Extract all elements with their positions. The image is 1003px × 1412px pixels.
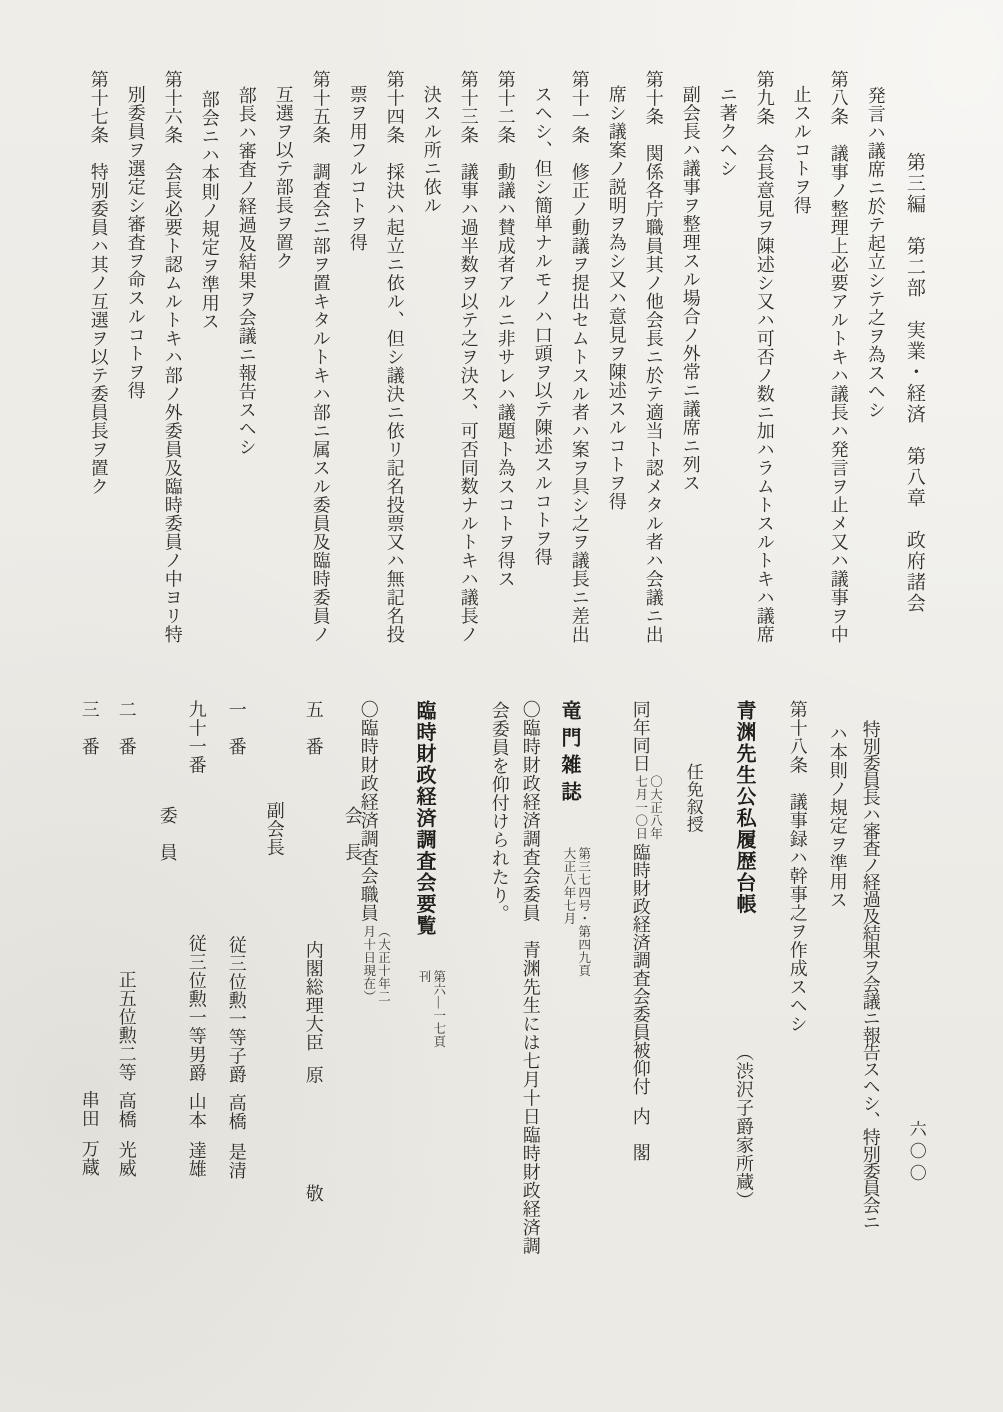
spacer: [126, 756, 127, 971]
spacer: [236, 756, 237, 936]
regulation-line: 第十条 関係各庁職員其ノ他会長ニ於テ適当ト認メタル者ハ会議ニ出: [643, 70, 663, 644]
regulation-line: 第十四条 採決ハ起立ニ依ル、但シ議決ニ依リ記名投票又ハ無記名投: [384, 70, 404, 644]
staff-entry: 五 番内閣総理大臣原敬: [303, 700, 323, 1203]
section-heading: 任免叙授: [683, 763, 702, 833]
staff-entry: 九十一番従三位勲一等男爵山本達雄: [186, 700, 206, 1178]
spacer: [424, 937, 425, 967]
member-surname: 串田: [80, 1091, 100, 1128]
regulation-line: 発言ハ議席ニ於テ起立シテ之ヲ為スヘシ: [865, 86, 885, 419]
staff-entry: 一 番従三位勲一等子爵高橋是清: [226, 700, 246, 1180]
note-line: 第三七四号・第四九頁: [576, 847, 591, 977]
report-title-line: 臨時財政経済調査会要覧第六―一七頁刊: [413, 700, 446, 1051]
regulation-line: 特別委員長ハ審査ノ経過及結果ヲ会議ニ報告スヘシ、特別委員会ニ: [860, 720, 880, 1230]
scanned-book-page: 第三編 第二部 実業・経済 第八章 政府諸会 六〇〇 発言ハ議席ニ於テ起立シテ之…: [0, 0, 1003, 1412]
regulation-line: 第十一条 修正ノ動議ヲ提出セムトスル者ハ案ヲ具シ之ヲ議長ニ差出: [569, 70, 589, 644]
member-surname: 原: [304, 1066, 324, 1085]
regulation-line: 席シ議案ノ説明ヲ為シ又ハ意見ヲ陳述スルコトヲ得: [606, 85, 626, 511]
regulation-line: 第十六条 会長必要ト認ムルトキハ部ノ外委員及臨時委員ノ中ヨリ特: [162, 70, 182, 644]
inline-date-note: 〇大正八年七月一〇日: [633, 775, 663, 840]
member-number: 五 番: [304, 700, 324, 756]
spacer: [126, 1082, 127, 1092]
staff-heading-line: 〇臨時財政経済調査会職員（大正十年二月十日現在）: [358, 700, 391, 1006]
regulation-line: 部会ニハ本則ノ規定ヲ準用ス: [199, 90, 219, 331]
member-number: 九十一番: [187, 700, 207, 774]
role-label-member: 委 員: [157, 806, 177, 862]
source-title: 青渊先生公私履歴台帳: [733, 700, 755, 915]
spacer: [196, 774, 197, 934]
member-surname: 高橋: [227, 1094, 247, 1131]
note-line: （大正十年二: [376, 925, 391, 1003]
note-line: 第六―一七頁: [431, 970, 446, 1048]
regulation-line: 第十五条 調査会ニ部ヲ置キタルトキハ部ニ属スル委員及臨時委員ノ: [310, 70, 330, 644]
note-line: 七月一〇日: [633, 775, 648, 840]
regulation-line: スヘシ、但シ簡単ナルモノハ口頭ヲ以テ陳述スルコトヲ得: [532, 85, 552, 566]
spacer: [313, 1084, 314, 1184]
spacer: [236, 1131, 237, 1143]
staff-entry: 三 番串田万蔵: [79, 700, 99, 1177]
appointment-text: 臨時財政経済調査会委員被仰付: [631, 843, 651, 1095]
member-givenname: 万蔵: [80, 1140, 100, 1177]
regulation-line: 第十七条 特別委員ハ其ノ互選ヲ以テ委員長ヲ置ク: [88, 70, 108, 496]
source-owner: （渋沢子爵家所蔵）: [734, 1043, 754, 1210]
magazine-body-line: 〇臨時財政経済調査会委員 青渊先生には七月十日臨時財政経済調: [520, 700, 540, 1255]
magazine-title-line: 竜門雑誌第三七四号・第四九頁大正八年七月: [558, 700, 591, 980]
regulation-line: 第十三条 議事ハ過半数ヲ以テ之ヲ決ス、可否同数ナルトキハ議長ノ: [458, 70, 478, 644]
page-number: 六〇〇: [906, 1120, 925, 1186]
note-line: 月十日現在）: [361, 925, 376, 1003]
member-title: 従三位勲一等男爵: [187, 934, 207, 1082]
report-title: 臨時財政経済調査会要覧: [413, 700, 435, 937]
note-line: 大正八年七月: [561, 847, 576, 977]
regulation-line: 第八条 議事ノ整理上必要アルトキハ議長ハ発言ヲ止メ又ハ議事ヲ中: [828, 70, 848, 644]
role-label-vice-chairman: 副会長: [264, 801, 284, 857]
member-givenname: 達雄: [187, 1141, 207, 1178]
member-number: 三 番: [80, 700, 100, 756]
spacer: [313, 756, 314, 941]
member-number: 一 番: [227, 700, 247, 756]
report-ref-note: 第六―一七頁刊: [416, 970, 446, 1048]
magazine-body-line: 会委員を仰付けられたり。: [489, 701, 509, 923]
spacer: [640, 1095, 641, 1107]
appointment-org: 内 閣: [631, 1107, 651, 1161]
member-title: 正五位勲二等: [117, 971, 137, 1082]
member-givenname: 光威: [117, 1141, 137, 1178]
member-number: 二 番: [117, 700, 137, 756]
magazine-title: 竜門雑誌: [558, 700, 580, 808]
member-title: 従三位勲一等子爵: [227, 936, 247, 1084]
spacer: [569, 808, 570, 844]
regulation-line: 止スルコトヲ得: [791, 85, 811, 215]
regulation-line: 第十二条 動議ハ賛成者アルニ非サレハ議題ト為スコトヲ得ス: [495, 70, 515, 588]
spacer: [126, 1129, 127, 1141]
regulation-line: ニ著クヘシ: [717, 85, 737, 178]
regulation-line: ハ本則ノ規定ヲ準用ス: [827, 724, 847, 909]
spacer: [89, 1128, 90, 1140]
staff-entry: 二 番正五位勲二等高橋光威: [116, 700, 136, 1178]
member-givenname: 敬: [304, 1184, 324, 1203]
regulation-line: 副会長ハ議事ヲ整理スル場合ノ外常ニ議席ニ列ス: [680, 85, 700, 492]
regulation-line: 互選ヲ以テ部長ヲ置ク: [273, 85, 293, 270]
source-title-line: 青渊先生公私履歴台帳（渋沢子爵家所蔵）: [733, 700, 755, 1210]
regulation-line: 票ヲ用フルコトヲ得: [347, 85, 367, 252]
member-title: 内閣総理大臣: [304, 941, 324, 1052]
regulation-line: 部長ハ審査ノ経過及結果ヲ会議ニ報告スヘシ: [236, 86, 256, 456]
member-surname: 高橋: [117, 1092, 137, 1129]
role-label-chairman: 会 長: [342, 806, 362, 862]
spacer: [196, 1082, 197, 1092]
spacer: [89, 756, 90, 1091]
regulation-line: 別委員ヲ選定シ審査ヲ命スルコトヲ得: [125, 85, 145, 400]
note-line: 刊: [416, 970, 431, 1048]
spacer: [744, 915, 745, 1043]
magazine-ref-note: 第三七四号・第四九頁大正八年七月: [561, 847, 591, 977]
note-line: 〇大正八年: [648, 775, 663, 840]
spacer: [236, 1084, 237, 1094]
regulation-line: 第九条 会長意見ヲ陳述シ又ハ可否ノ数ニ加ハラムトスルトキハ議席: [754, 70, 774, 644]
running-head: 第三編 第二部 実業・経済 第八章 政府諸会: [903, 152, 924, 614]
staff-heading-note: （大正十年二月十日現在）: [361, 925, 391, 1003]
appointment-date: 同年同日: [631, 700, 651, 772]
member-surname: 山本: [187, 1092, 207, 1129]
spacer: [196, 1129, 197, 1141]
member-givenname: 是清: [227, 1143, 247, 1180]
regulation-line: 第十八条 議事録ハ幹事之ヲ作成スヘシ: [787, 700, 807, 1033]
spacer: [313, 1052, 314, 1066]
appointment-line: 同年同日〇大正八年七月一〇日臨時財政経済調査会委員被仰付内 閣: [630, 700, 663, 1161]
regulation-line: 決スル所ニ依ル: [421, 85, 441, 215]
